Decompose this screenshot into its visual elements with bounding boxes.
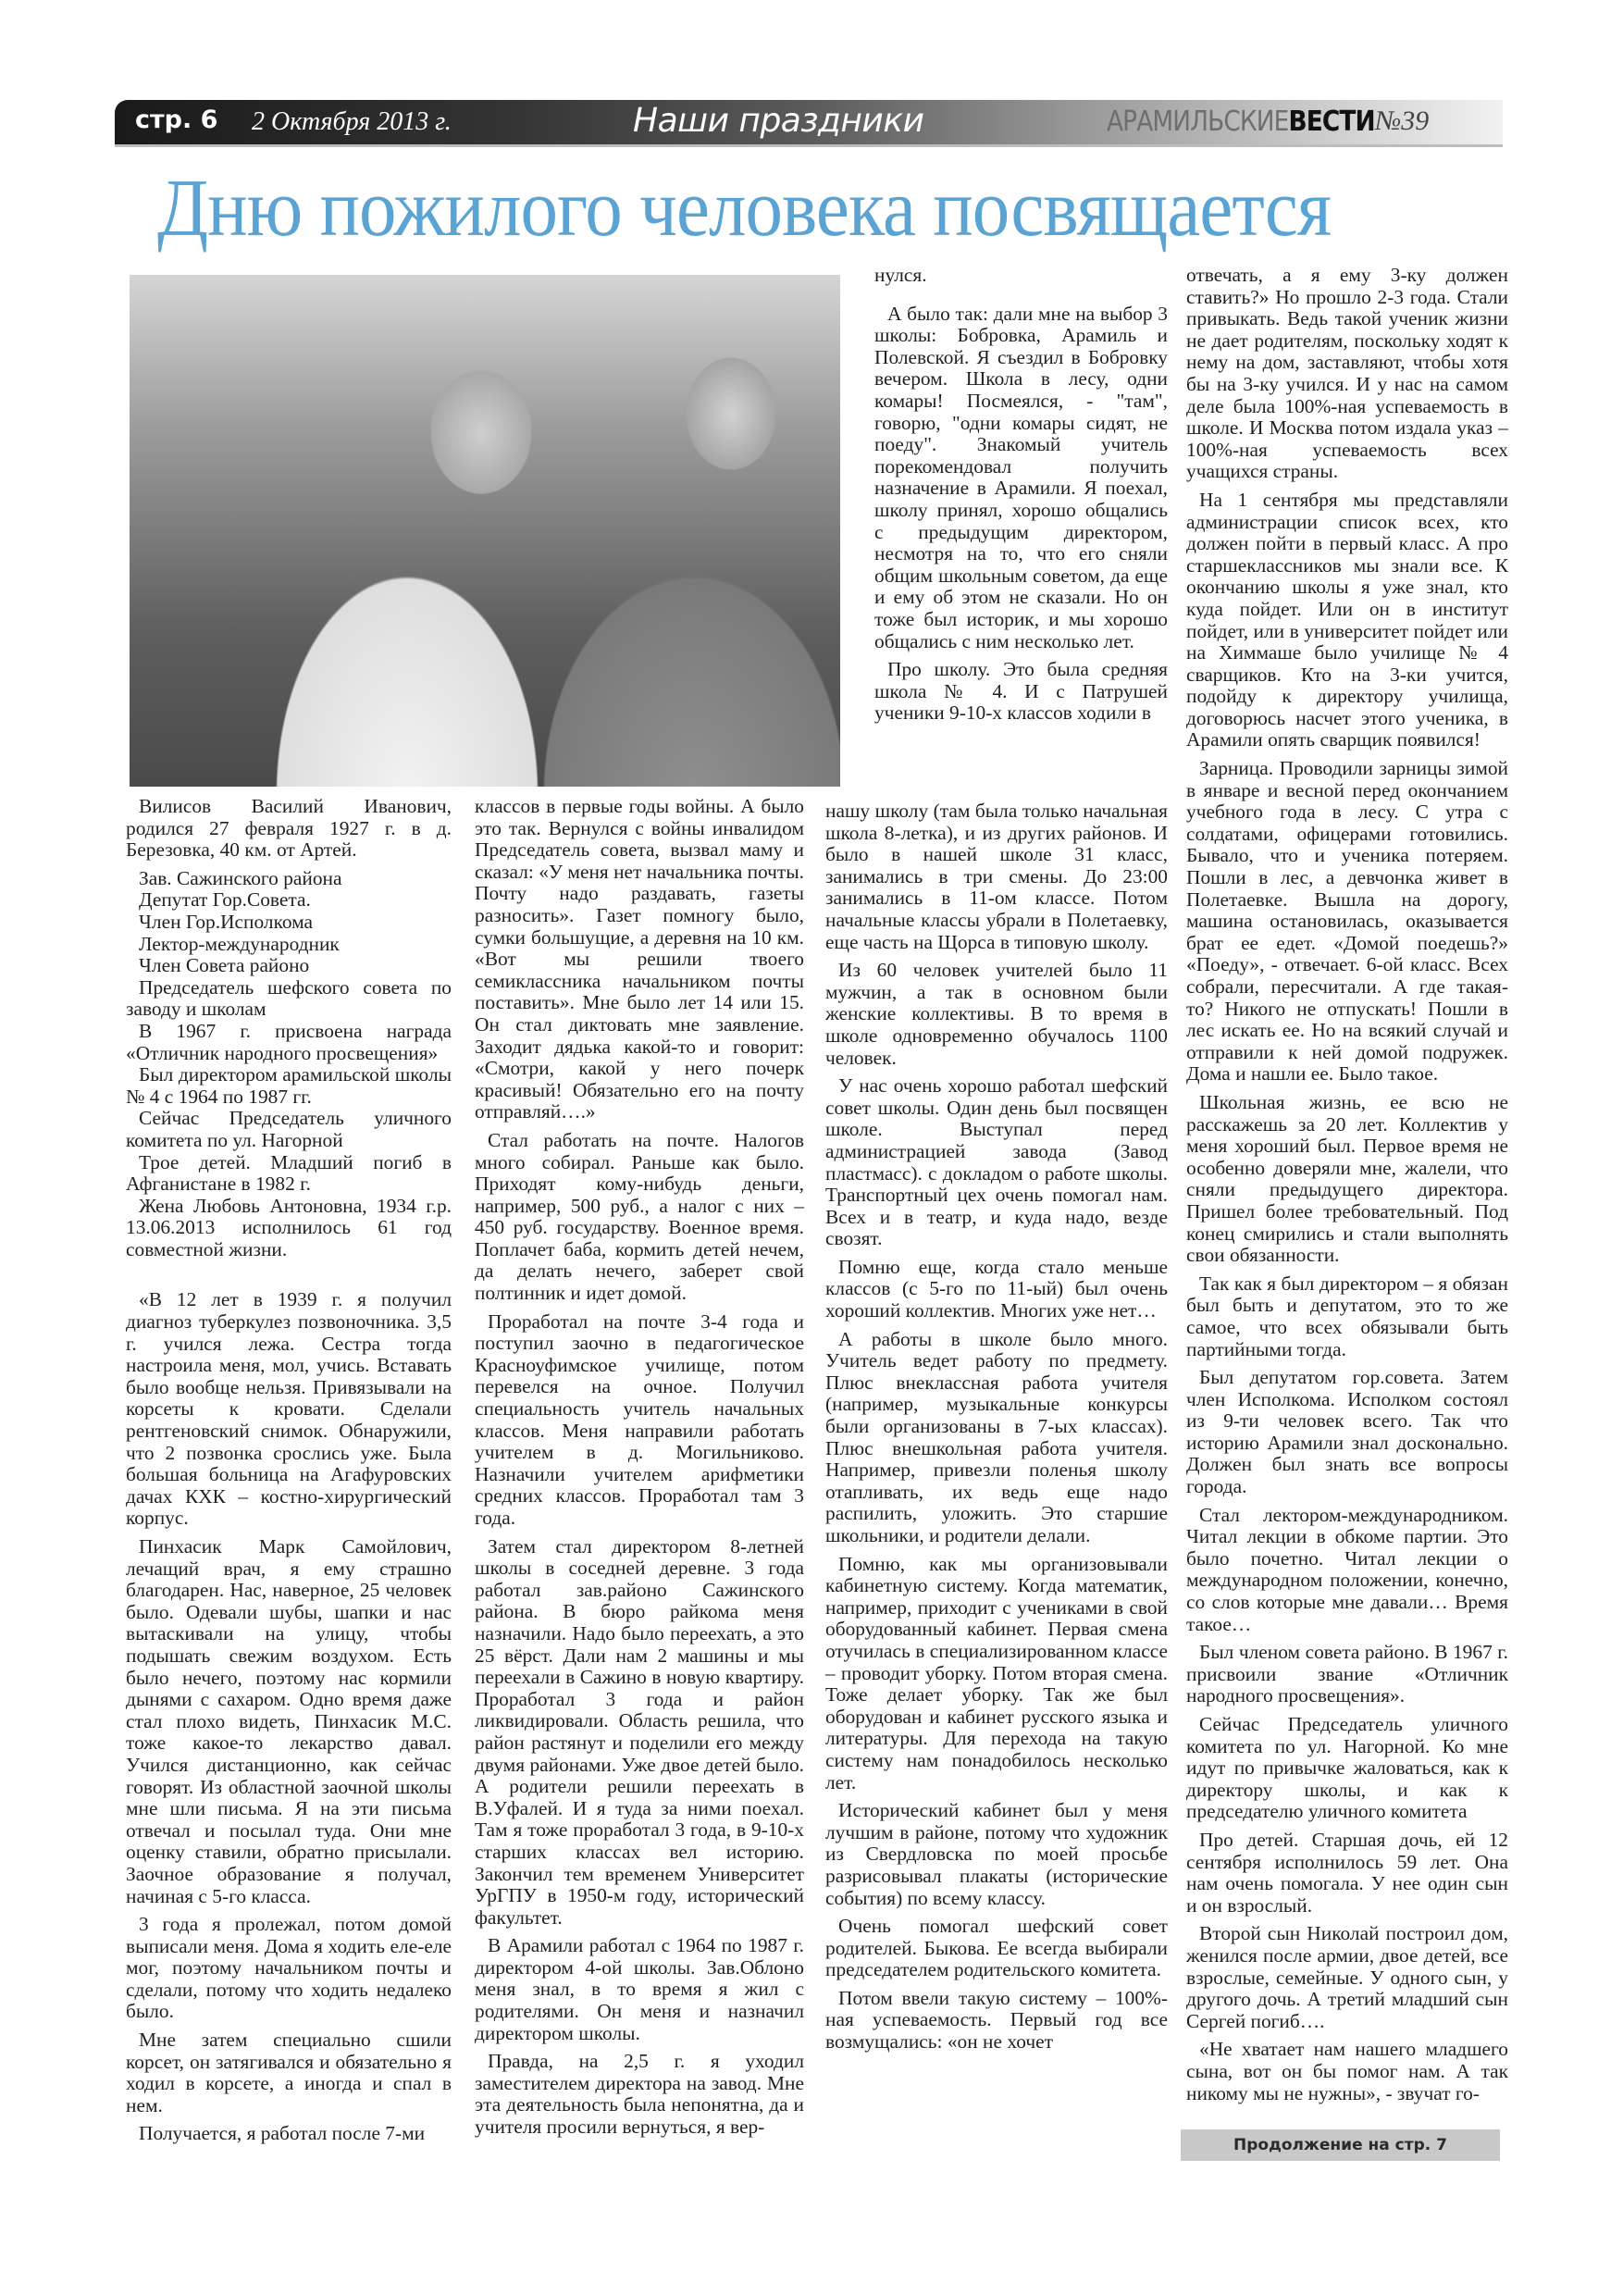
paragraph: Стал работать на почте. Налогов много со…: [475, 1130, 804, 1305]
paragraph: Зарница. Проводили зарницы зимой в январ…: [1186, 758, 1508, 1086]
paragraph: Трое детей. Младший погиб в Афганистане …: [126, 1152, 452, 1196]
section-title: Наши праздники: [633, 102, 923, 140]
paragraph: Был депутатом гор.совета. Затем член Исп…: [1186, 1367, 1508, 1498]
paragraph: Член Гор.Исполкома: [126, 912, 452, 934]
issue-number: №39: [1375, 105, 1429, 137]
paragraph: Стал лектором-международником. Читал лек…: [1186, 1505, 1508, 1636]
paragraph: Проработал на почте 3-4 года и поступил …: [475, 1311, 804, 1530]
paragraph: «В 12 лет в 1939 г. я получил диагноз ту…: [126, 1289, 452, 1530]
paragraph: Помню, как мы организовывали кабинетную …: [825, 1554, 1168, 1794]
paragraph: Зав. Сажинского района: [126, 868, 452, 890]
article-column-3-top: нулся. А было так: дали мне на выбор 3 ш…: [874, 265, 1168, 731]
paragraph: Исторический кабинет был у меня лучшим в…: [825, 1800, 1168, 1909]
paragraph: Помню еще, когда стало меньше классов (с…: [825, 1257, 1168, 1322]
paragraph: А было так: дали мне на выбор 3 школы: Б…: [874, 304, 1168, 653]
paragraph: Из 60 человек учителей было 11 мужчин, а…: [825, 960, 1168, 1069]
paragraph: «Не хватает нам нашего младшего сына, во…: [1186, 2039, 1508, 2104]
paragraph: Затем стал директором 8-летней школы в с…: [475, 1536, 804, 1930]
newspaper-name-part2: ВЕСТИ: [1288, 105, 1374, 138]
paragraph: Сейчас Председатель уличного комитета по…: [1186, 1714, 1508, 1823]
paragraph: Очень помогал шефский совет родителей. Б…: [825, 1916, 1168, 1981]
paragraph: Получается, я работал после 7-ми: [126, 2123, 452, 2145]
couple-photo: Фотография пожилой пары: женщина в белой…: [130, 275, 840, 787]
paragraph: классов в первые годы войны. А было это …: [475, 796, 804, 1123]
paragraph: Был членом совета районо. В 1967 г. прис…: [1186, 1642, 1508, 1707]
paragraph: Правда, на 2,5 г. я уходил заместителем …: [475, 2051, 804, 2138]
newspaper-name: АРАМИЛЬСКИЕВЕСТИ: [1107, 105, 1375, 138]
masthead-bar: стр. 6 2 Октября 2013 г. Наши праздники …: [115, 100, 1503, 144]
continued-on-page-7: Продолжение на стр. 7: [1181, 2129, 1500, 2161]
paragraph: Сейчас Председатель уличного комитета по…: [126, 1108, 452, 1151]
issue-date: 2 Октября 2013 г.: [252, 107, 452, 137]
paragraph: Был директором арамильской школы № 4 с 1…: [126, 1064, 452, 1108]
article-headline: Дню пожилого человека посвящается: [157, 162, 1366, 255]
paragraph: В 1967 г. присвоена награда «Отличник на…: [126, 1021, 452, 1064]
paragraph: Второй сын Николай построил дом, женился…: [1186, 1923, 1508, 2032]
article-column-3: нашу школу (там была только начальная шк…: [825, 800, 1168, 2060]
paragraph: Жена Любовь Антоновна, 1934 г.р. 13.06.2…: [126, 1196, 452, 1261]
paragraph: нашу школу (там была только начальная шк…: [825, 800, 1168, 953]
spacer: [126, 1267, 452, 1289]
paragraph: Пинхасик Марк Самойлович, лечащий врач, …: [126, 1536, 452, 1907]
paragraph: А работы в школе было много. Учитель вед…: [825, 1329, 1168, 1547]
paragraph: Мне затем специально сшили корсет, он за…: [126, 2029, 452, 2116]
paragraph: Вилисов Василий Иванович, родился 27 фев…: [126, 796, 452, 862]
paragraph: отвечать, а я ему 3-ку должен ставить?» …: [1186, 265, 1508, 483]
newspaper-name-part1: АРАМИЛЬСКИЕ: [1107, 105, 1288, 138]
page-number: стр. 6: [135, 105, 217, 134]
paragraph: 3 года я пролежал, потом домой выписали …: [126, 1914, 452, 2023]
paragraph: Лектор-международник: [126, 934, 452, 956]
paragraph: Школьная жизнь, ее всю не расскажешь за …: [1186, 1092, 1508, 1267]
paragraph: На 1 сентября мы представляли администра…: [1186, 490, 1508, 751]
paragraph: Председатель шефского совета по заводу и…: [126, 977, 452, 1021]
article-column-4: отвечать, а я ему 3-ку должен ставить?» …: [1186, 265, 1508, 2111]
article-column-1: Вилисов Василий Иванович, родился 27 фев…: [126, 796, 452, 2152]
paragraph: Про школу. Это была средняя школа № 4. И…: [874, 659, 1168, 725]
paragraph: Про детей. Старшая дочь, ей 12 сентября …: [1186, 1830, 1508, 1917]
paragraph: Так как я был директором – я обязан был …: [1186, 1273, 1508, 1360]
photo-caption-hidden: Фотография пожилой пары: женщина в белой…: [130, 768, 840, 781]
article-column-2: классов в первые годы войны. А было это …: [475, 796, 804, 2145]
paragraph: В Арамили работал с 1964 по 1987 г. дире…: [475, 1935, 804, 2044]
paragraph: нулся.: [874, 265, 1168, 287]
paragraph: У нас очень хорошо работал шефский совет…: [825, 1075, 1168, 1250]
paragraph: Потом ввели такую систему – 100%-ная усп…: [825, 1988, 1168, 2054]
paragraph: Депутат Гор.Совета.: [126, 889, 452, 912]
paragraph: Член Совета районо: [126, 955, 452, 977]
